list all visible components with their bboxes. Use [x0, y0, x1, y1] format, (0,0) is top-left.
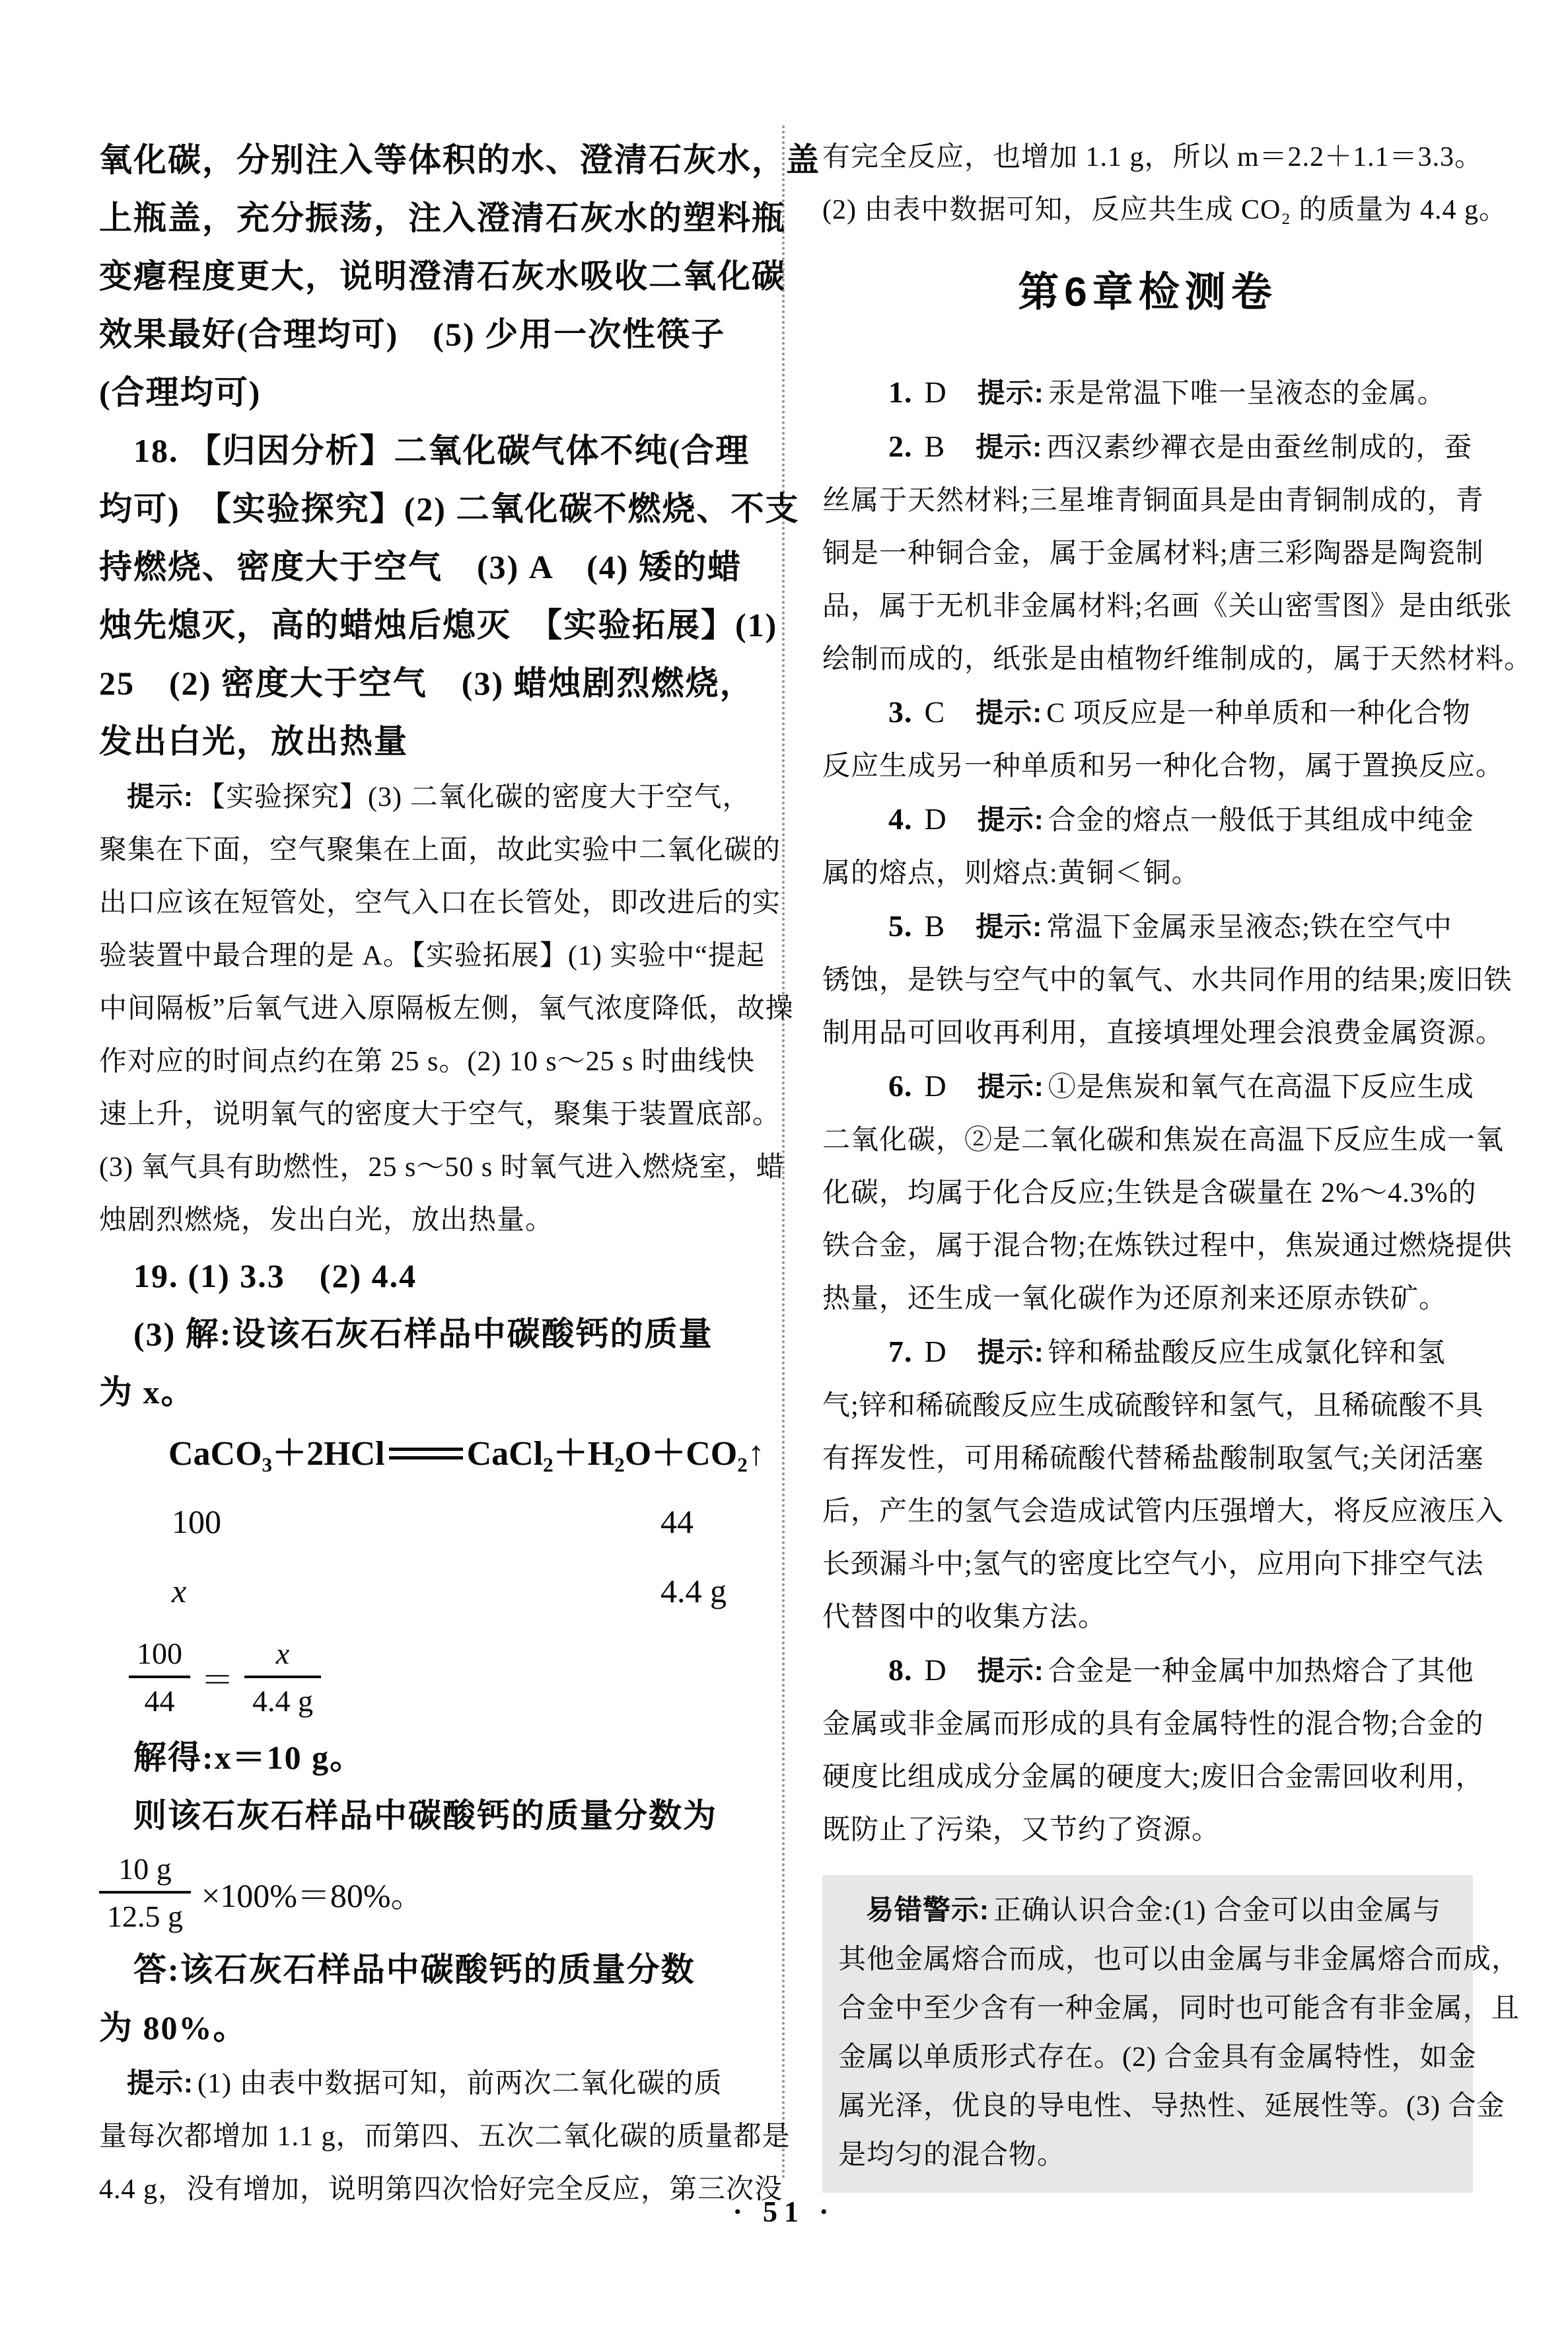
- warning-label: 易错警示:: [866, 1894, 989, 1925]
- hint-lines: 反应生成另一种单质和另一种化合物，属于置换反应。: [822, 740, 1473, 793]
- answer-letter: D: [925, 802, 947, 836]
- unknown-left: x: [172, 1557, 186, 1626]
- text-line: 二氧化碳，②是二氧化碳和焦炭在高温下反应生成一氧: [822, 1114, 1473, 1167]
- answer-text: (1) 3.3 (2) 4.4: [188, 1257, 417, 1294]
- hint-lines: 丝属于天然材料;三星堆青铜面具是由青铜制成的，青铜是一种铜合金，属于金属材料;唐…: [822, 474, 1473, 686]
- text-line: 25 (2) 密度大于空气 (3) 蜡烛剧烈燃烧，: [99, 654, 750, 712]
- chapter-6-test-title: 第6章检测卷: [822, 256, 1473, 329]
- answer-letter: B: [925, 909, 946, 943]
- question-number: 8.: [888, 1653, 913, 1687]
- text-line: 反应生成另一种单质和另一种化合物，属于置换反应。: [822, 740, 1473, 793]
- hint-text: 合金的熔点一般低于其组成中纯金: [1048, 805, 1474, 836]
- text-line: 验装置中最合理的是 A。【实验拓展】(1) 实验中“提起: [99, 930, 750, 982]
- text-line: 制用品可回收再利用，直接填埋处理会浪费金属资源。: [822, 1007, 1473, 1060]
- text-line: 属的熔点，则熔点:黄铜＜铜。: [822, 847, 1473, 900]
- text-line: 出口应该在短管处，空气入口在长管处，即改进后的实: [99, 877, 750, 930]
- mc-answer-line: 6.D提示:①是焦炭和氧气在高温下反应生成: [822, 1060, 1473, 1114]
- solve-result-line: 解得:x＝10 g。: [99, 1728, 750, 1787]
- equals-sign: ＝: [201, 1654, 234, 1701]
- text-line: 既防止了污染，又节约了资源。: [822, 1804, 1473, 1857]
- answer-letter: D: [925, 375, 947, 409]
- text-line: 烛先熄灭，高的蜡烛后熄灭 【实验拓展】(1): [99, 596, 750, 654]
- text-line: 铜是一种铜合金，属于金属材料;唐三彩陶器是陶瓷制: [822, 527, 1473, 580]
- mc-answer-line: 8.D提示:合金是一种金属中加热熔合了其他: [822, 1644, 1473, 1698]
- text-line: 持燃烧、密度大于空气 (3) A (4) 矮的蜡: [99, 538, 750, 596]
- text-line: 发出白光，放出热量: [99, 712, 750, 770]
- text-line: 品，属于无机非金属材料;名画《关山密雪图》是由纸张: [822, 580, 1473, 633]
- hint-label: 提示:: [127, 781, 194, 812]
- hint-19-continued: 有完全反应，也增加 1.1 g，所以 m＝2.2＋1.1＝3.3。(2) 由表中…: [822, 131, 1473, 237]
- text-line: 其他金属熔合而成，也可以由金属与非金属熔合而成，: [838, 1935, 1457, 1984]
- hint-text: ①是焦炭和氧气在高温下反应生成: [1048, 1072, 1474, 1103]
- answer-letter: D: [925, 1653, 947, 1687]
- question-number: 1.: [888, 375, 913, 409]
- text-line: 合金中至少含有一种金属，同时也可能含有非金属，且: [838, 1984, 1457, 2033]
- text-line: 中间隔板”后氧气进入原隔板左侧，氧气浓度降低，故操: [99, 982, 750, 1035]
- fraction-1: 10044: [129, 1639, 190, 1716]
- hint-label: 提示:: [127, 2067, 194, 2098]
- hint-text: C 项反应是一种单质和一种化合物: [1046, 698, 1471, 729]
- mc-answer-7: 7.D提示:锌和稀盐酸反应生成氯化锌和氢 气;锌和稀硫酸反应生成硫酸锌和氢气，且…: [822, 1325, 1473, 1644]
- text-line: 上瓶盖，充分振荡，注入澄清石灰水的塑料瓶: [99, 189, 750, 247]
- question-number: 18.: [133, 432, 179, 469]
- mc-answer-line: 7.D提示:锌和稀盐酸反应生成氯化锌和氢: [822, 1325, 1473, 1380]
- text-line: 铁合金，属于混合物;在炼铁过程中，焦炭通过燃烧提供: [822, 1220, 1473, 1273]
- mc-answer-line: 4.D提示:合金的熔点一般低于其组成中纯金: [822, 793, 1473, 847]
- fraction-numerator: 100: [129, 1639, 190, 1676]
- right-column: 有完全反应，也增加 1.1 g，所以 m＝2.2＋1.1＝3.3。(2) 由表中…: [822, 131, 1473, 2193]
- mc-answer-line: 1.D提示:汞是常温下唯一呈液态的金属。: [822, 366, 1473, 420]
- molar-mass-row: 10044: [99, 1487, 750, 1557]
- text-line: 绘制而成的，纸张是由植物纤维制成的，属于天然材料。: [822, 633, 1473, 686]
- text-line: 烛剧烈燃烧，发出白光，放出热量。: [99, 1194, 750, 1247]
- question-number: 19.: [133, 1257, 179, 1294]
- warning-box: 易错警示:正确认识合金:(1) 合金可以由金属与 其他金属熔合而成，也可以由金属…: [822, 1875, 1473, 2193]
- text-line: 锈蚀，是铁与空气中的氧气、水共同作用的结果;废旧铁: [822, 954, 1473, 1007]
- hint-text: 汞是常温下唯一呈液态的金属。: [1048, 379, 1446, 409]
- mass-fraction-intro-line: 则该石灰石样品中碳酸钙的质量分数为: [99, 1787, 750, 1845]
- fraction-denominator: 44: [129, 1676, 190, 1716]
- hint-18-first-line: 提示:【实验探究】(3) 二氧化碳的密度大于空气，: [99, 770, 750, 824]
- text-line: 效果最好(合理均可) (5) 少用一次性筷子: [99, 305, 750, 363]
- hint-label: 提示:: [978, 1071, 1044, 1102]
- fraction-3: 10 g12.5 g: [99, 1854, 191, 1932]
- molar-mass-left: 100: [172, 1487, 221, 1557]
- mc-answer-1: 1.D提示:汞是常温下唯一呈液态的金属。: [822, 366, 1473, 420]
- mc-answer-5: 5.B提示:常温下金属汞呈液态;铁在空气中 锈蚀，是铁与空气中的氧气、水共同作用…: [822, 900, 1473, 1060]
- double-line-equals-icon: [389, 1448, 463, 1459]
- question-number: 7.: [888, 1335, 913, 1368]
- hint-lines: 气;锌和稀硫酸反应生成硫酸锌和氢气，且稀硫酸不具有挥发性，可用稀硫酸代替稀盐酸制…: [822, 1380, 1473, 1644]
- text-line: 丝属于天然材料;三星堆青铜面具是由青铜制成的，青: [822, 474, 1473, 527]
- final-answer-line-1: 答:该石灰石样品中碳酸钙的质量分数: [99, 1940, 750, 1999]
- text-line: 聚集在下面，空气聚集在上面，故此实验中二氧化碳的: [99, 824, 750, 877]
- hint-label: 提示:: [976, 431, 1042, 462]
- unknown-mass-row: x4.4 g: [99, 1557, 750, 1626]
- fraction-denominator: 4.4 g: [244, 1676, 321, 1716]
- hint-lines: 属的熔点，则熔点:黄铜＜铜。: [822, 847, 1473, 900]
- mc-answer-2: 2.B提示:西汉素纱襌衣是由蚕丝制成的，蚕 丝属于天然材料;三星堆青铜面具是由青…: [822, 420, 1473, 686]
- answer-letter: C: [925, 695, 946, 729]
- answer-letter: D: [925, 1069, 947, 1103]
- hint-text: 常温下金属汞呈液态;铁在空气中: [1046, 912, 1452, 943]
- answer-18: 18.【归因分析】二氧化碳气体不纯(合理 均可) 【实验探究】(2) 二氧化碳不…: [99, 422, 750, 770]
- hint-lines: 锈蚀，是铁与空气中的氧气、水共同作用的结果;废旧铁制用品可回收再利用，直接填埋处…: [822, 954, 1473, 1060]
- answer-17-continuation: 氧化碳，分别注入等体积的水、澄清石灰水，盖上瓶盖，充分振荡，注入澄清石灰水的塑料…: [99, 131, 750, 422]
- text-line: 后，产生的氢气会造成试管内压强增大，将反应液压入: [822, 1485, 1473, 1538]
- text-line: 均可) 【实验探究】(2) 二氧化碳不燃烧、不支: [99, 480, 750, 538]
- hint-18-lines: 聚集在下面，空气聚集在上面，故此实验中二氧化碳的出口应该在短管处，空气入口在长管…: [99, 824, 750, 1247]
- answer-19-first-line: 19.(1) 3.3 (2) 4.4: [99, 1247, 750, 1305]
- hint-lines: 二氧化碳，②是二氧化碳和焦炭在高温下反应生成一氧化碳，均属于化合反应;生铁是含碳…: [822, 1114, 1473, 1325]
- text-line: 速上升，说明氧气的密度大于空气，聚集于装置底部。: [99, 1088, 750, 1141]
- hint-label: 提示:: [978, 1655, 1044, 1686]
- molar-mass-right: 44: [660, 1487, 694, 1557]
- text-line: 长颈漏斗中;氢气的密度比空气小，应用向下排空气法: [822, 1538, 1473, 1591]
- answer-letter: D: [925, 1335, 947, 1368]
- text-line: 金属或非金属而形成的具有金属特性的混合物;合金的: [822, 1698, 1473, 1751]
- hint-text: 合金是一种金属中加热熔合了其他: [1048, 1656, 1474, 1687]
- mc-answer-4: 4.D提示:合金的熔点一般低于其组成中纯金 属的熔点，则熔点:黄铜＜铜。: [822, 793, 1473, 900]
- warning-first-line: 易错警示:正确认识合金:(1) 合金可以由金属与: [838, 1886, 1457, 1935]
- mc-answer-3: 3.C提示:C 项反应是一种单质和一种化合物 反应生成另一种单质和另一种化合物，…: [822, 686, 1473, 793]
- hint-label: 提示:: [976, 697, 1042, 728]
- mc-answer-line: 3.C提示:C 项反应是一种单质和一种化合物: [822, 686, 1473, 740]
- question-number: 3.: [888, 695, 913, 729]
- hint-19-first-line: 提示:(1) 由表中数据可知，前两次二氧化碳的质: [99, 2057, 750, 2110]
- question-number: 5.: [888, 909, 913, 943]
- answer-18-lines: 均可) 【实验探究】(2) 二氧化碳不燃烧、不支持燃烧、密度大于空气 (3) A…: [99, 480, 750, 770]
- mc-answer-8: 8.D提示:合金是一种金属中加热熔合了其他 金属或非金属而形成的具有金属特性的混…: [822, 1644, 1473, 1857]
- equation-lhs: CaCO₃＋2HCl: [168, 1435, 385, 1473]
- hint-label: 提示:: [976, 911, 1042, 942]
- hint-label: 提示:: [978, 1337, 1044, 1368]
- answer-text: 【归因分析】二氧化碳气体不纯(合理: [188, 432, 750, 469]
- chemical-equation: CaCO₃＋2HClCaCl₂＋H₂O＋CO₂↑: [99, 1421, 750, 1487]
- text-line: 金属以单质形式存在。(2) 合金具有金属特性，如金: [838, 2033, 1457, 2082]
- text-line: 代替图中的收集方法。: [822, 1591, 1473, 1644]
- known-right: 4.4 g: [660, 1557, 727, 1626]
- hint-18: 提示:【实验探究】(3) 二氧化碳的密度大于空气， 聚集在下面，空气聚集在上面，…: [99, 770, 750, 1247]
- page-number-label: · 51 ·: [732, 2196, 835, 2228]
- fraction-2: x4.4 g: [244, 1639, 321, 1716]
- answer-letter: B: [925, 429, 946, 463]
- mass-fraction-equation: 10 g12.5 g ×100%＝80%。: [99, 1845, 750, 1940]
- text-line: 是均匀的混合物。: [838, 2131, 1457, 2180]
- question-number: 4.: [888, 802, 913, 836]
- fraction-numerator: x: [244, 1639, 321, 1676]
- hint-label: 提示:: [978, 377, 1044, 408]
- answer-18-first-line: 18.【归因分析】二氧化碳气体不纯(合理: [99, 422, 750, 480]
- solution-setup-line: (3) 解:设该石灰石样品中碳酸钙的质量: [99, 1305, 750, 1363]
- text-line: 氧化碳，分别注入等体积的水、澄清石灰水，盖: [99, 131, 750, 189]
- text-line: (3) 氧气具有助燃性，25 s～50 s 时氧气进入燃烧室，蜡: [99, 1141, 750, 1194]
- proportion-equation: 10044 ＝ x4.4 g: [99, 1626, 750, 1728]
- answer-19: 19.(1) 3.3 (2) 4.4 (3) 解:设该石灰石样品中碳酸钙的质量 …: [99, 1247, 750, 2057]
- hint-text: 锌和稀盐酸反应生成氯化锌和氢: [1048, 1338, 1446, 1368]
- question-number: 6.: [888, 1069, 913, 1103]
- mc-answer-line: 2.B提示:西汉素纱襌衣是由蚕丝制成的，蚕: [822, 420, 1473, 474]
- warning-lines: 其他金属熔合而成，也可以由金属与非金属熔合而成，合金中至少含有一种金属，同时也可…: [838, 1935, 1457, 2180]
- text-line: (合理均可): [99, 363, 750, 422]
- question-number: 2.: [888, 429, 913, 463]
- percentage-result: ×100%＝80%。: [201, 1869, 424, 1917]
- text-line: 属光泽，优良的导电性、导热性、延展性等。(3) 合金: [838, 2082, 1457, 2131]
- text-line: 有完全反应，也增加 1.1 g，所以 m＝2.2＋1.1＝3.3。: [822, 131, 1473, 184]
- text-line: 硬度比组成成分金属的硬度大;废旧合金需回收利用，: [822, 1751, 1473, 1804]
- mc-answer-line: 5.B提示:常温下金属汞呈液态;铁在空气中: [822, 900, 1473, 954]
- page-number: · 51 ·: [0, 2192, 1568, 2232]
- text-line: 化碳，均属于化合反应;生铁是含碳量在 2%～4.3%的: [822, 1167, 1473, 1220]
- solution-setup-line-2: 为 x。: [99, 1363, 750, 1421]
- hint-text: 【实验探究】(3) 二氧化碳的密度大于空气，: [197, 782, 750, 813]
- final-answer-line-2: 为 80%。: [99, 1999, 750, 2057]
- hint-text: 西汉素纱襌衣是由蚕丝制成的，蚕: [1046, 433, 1472, 463]
- text-line: (2) 由表中数据可知，反应共生成 CO₂ 的质量为 4.4 g。: [822, 184, 1473, 237]
- workbook-answer-page: 氧化碳，分别注入等体积的水、澄清石灰水，盖上瓶盖，充分振荡，注入澄清石灰水的塑料…: [0, 0, 1568, 2325]
- text-line: 量每次都增加 1.1 g，而第四、五次二氧化碳的质量都是: [99, 2110, 750, 2163]
- left-column: 氧化碳，分别注入等体积的水、澄清石灰水，盖上瓶盖，充分振荡，注入澄清石灰水的塑料…: [99, 131, 750, 2216]
- hint-label: 提示:: [978, 804, 1044, 835]
- hint-lines: 金属或非金属而形成的具有金属特性的混合物;合金的硬度比组成成分金属的硬度大;废旧…: [822, 1698, 1473, 1857]
- text-line: 有挥发性，可用稀硫酸代替稀盐酸制取氢气;关闭活塞: [822, 1432, 1473, 1485]
- fraction-numerator: 10 g: [99, 1854, 191, 1891]
- text-line: 作对应的时间点约在第 25 s。(2) 10 s～25 s 时曲线快: [99, 1035, 750, 1088]
- text-line: 热量，还生成一氧化碳作为还原剂来还原赤铁矿。: [822, 1273, 1473, 1325]
- mc-answer-6: 6.D提示:①是焦炭和氧气在高温下反应生成 二氧化碳，②是二氧化碳和焦炭在高温下…: [822, 1060, 1473, 1325]
- text-line: 气;锌和稀硫酸反应生成硫酸锌和氢气，且稀硫酸不具: [822, 1380, 1473, 1432]
- text-line: 变瘪程度更大，说明澄清石灰水吸收二氧化碳: [99, 247, 750, 305]
- hint-text: (1) 由表中数据可知，前两次二氧化碳的质: [197, 2069, 722, 2099]
- warning-text: 正确认识合金:(1) 合金可以由金属与: [993, 1896, 1441, 1926]
- fraction-denominator: 12.5 g: [99, 1891, 191, 1932]
- equation-rhs: CaCl₂＋H₂O＋CO₂↑: [467, 1435, 765, 1473]
